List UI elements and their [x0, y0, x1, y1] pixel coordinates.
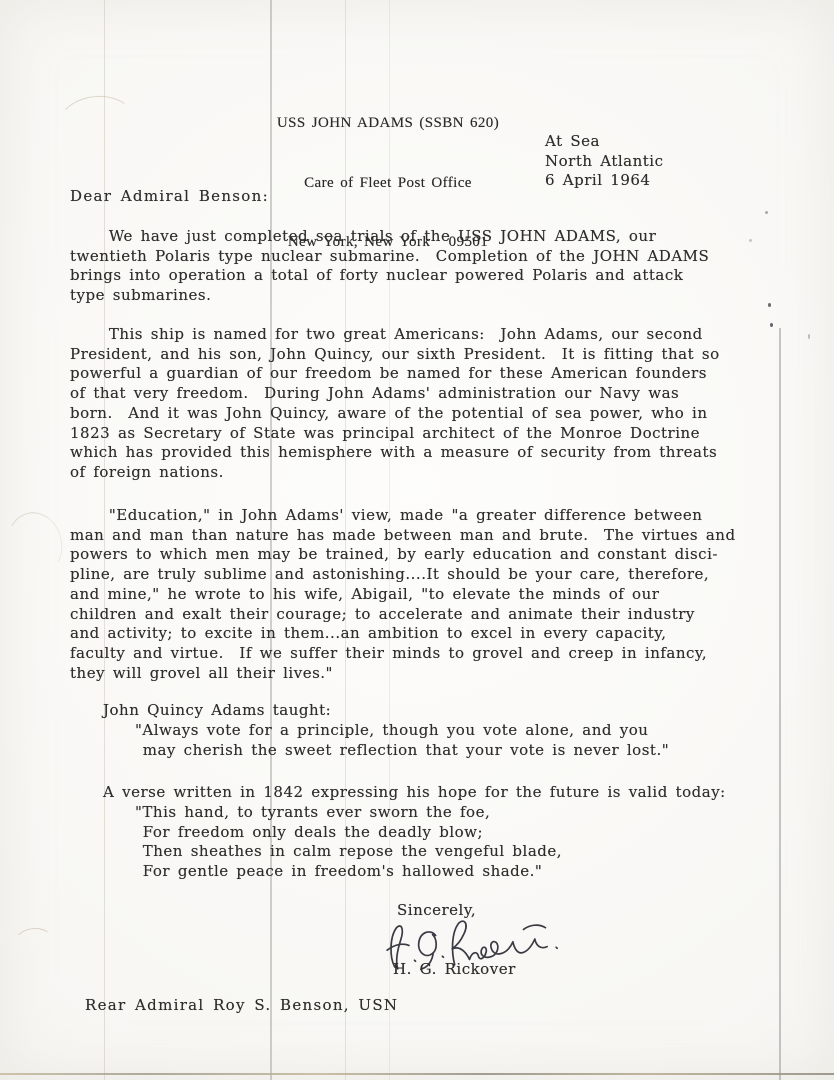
scan-speck	[768, 303, 771, 307]
text-line: brings into operation a total of forty n…	[70, 266, 709, 286]
text-line: of that very freedom. During John Adams'…	[70, 384, 720, 404]
text-line: For freedom only deals the deadly blow;	[135, 823, 562, 843]
text-line: faculty and virtue. If we suffer their m…	[70, 644, 736, 664]
text-line: 1823 as Secretary of State was principal…	[70, 424, 720, 444]
paper-curl-mark-middle	[1, 506, 69, 581]
text-line: "Always vote for a principle, though you…	[135, 721, 669, 741]
text-line: born. And it was John Quincy, aware of t…	[70, 404, 720, 424]
text-line: powers to which men may be trained, by e…	[70, 545, 736, 565]
text-line: which has provided this hemisphere with …	[70, 443, 720, 463]
text-line: twentieth Polaris type nuclear submarine…	[70, 247, 709, 267]
paragraph-2: This ship is named for two great America…	[70, 325, 720, 483]
text-line: and activity; to excite in them...an amb…	[70, 624, 736, 644]
text-line: "Education," in John Adams' view, made "…	[70, 506, 736, 526]
dateline-block: At SeaNorth Atlantic6 April 1964	[545, 132, 664, 191]
text-line: powerful a guardian of our freedom be na…	[70, 364, 720, 384]
paper-curl-mark-bottom	[13, 926, 56, 960]
text-line: of foreign nations.	[70, 463, 720, 483]
scan-speck	[770, 323, 773, 327]
text-line: We have just completed sea trials of the…	[70, 227, 709, 247]
scan-speck	[765, 211, 768, 214]
text-line: type submarines.	[70, 286, 709, 306]
text-line: "This hand, to tyrants ever sworn the fo…	[135, 803, 562, 823]
text-line: and mine," he wrote to his wife, Abigail…	[70, 585, 736, 605]
text-line: may cherish the sweet reflection that yo…	[135, 741, 669, 761]
quote-intro: John Quincy Adams taught:	[103, 701, 331, 721]
text-line: At Sea	[545, 132, 664, 152]
bottom-edge-line	[0, 1073, 834, 1075]
letterhead-ship-name: USS JOHN ADAMS (SSBN 620)	[228, 114, 548, 134]
scan-speck	[749, 239, 752, 242]
fold-line-right	[779, 328, 781, 1080]
text-line: pline, are truly sublime and astonishing…	[70, 565, 736, 585]
quote-block: "Always vote for a principle, though you…	[135, 721, 669, 760]
letter-scan-page: USS JOHN ADAMS (SSBN 620) Care of Fleet …	[0, 0, 834, 1080]
paragraph-3: "Education," in John Adams' view, made "…	[70, 506, 736, 683]
paragraph-1: We have just completed sea trials of the…	[70, 227, 709, 306]
text-line: Then sheathes in calm repose the vengefu…	[135, 842, 562, 862]
scan-speck	[808, 334, 810, 339]
text-line: President, and his son, John Quincy, our…	[70, 345, 720, 365]
letterhead-address-line1: Care of Fleet Post Office	[228, 174, 548, 194]
paper-curl-mark-top	[54, 92, 140, 160]
text-line: they will grovel all their lives."	[70, 664, 736, 684]
recipient-line: Rear Admiral Roy S. Benson, USN	[85, 996, 398, 1016]
text-line: children and exalt their courage; to acc…	[70, 605, 736, 625]
verse-block: "This hand, to tyrants ever sworn the fo…	[135, 803, 562, 882]
typed-signature-name: H. G. Rickover	[393, 960, 516, 980]
text-line: For gentle peace in freedom's hallowed s…	[135, 862, 562, 882]
text-line: 6 April 1964	[545, 171, 664, 191]
verse-intro: A verse written in 1842 expressing his h…	[103, 783, 726, 803]
text-line: man and man than nature has made between…	[70, 526, 736, 546]
text-line: This ship is named for two great America…	[70, 325, 720, 345]
salutation: Dear Admiral Benson:	[70, 187, 269, 207]
text-line: North Atlantic	[545, 152, 664, 172]
